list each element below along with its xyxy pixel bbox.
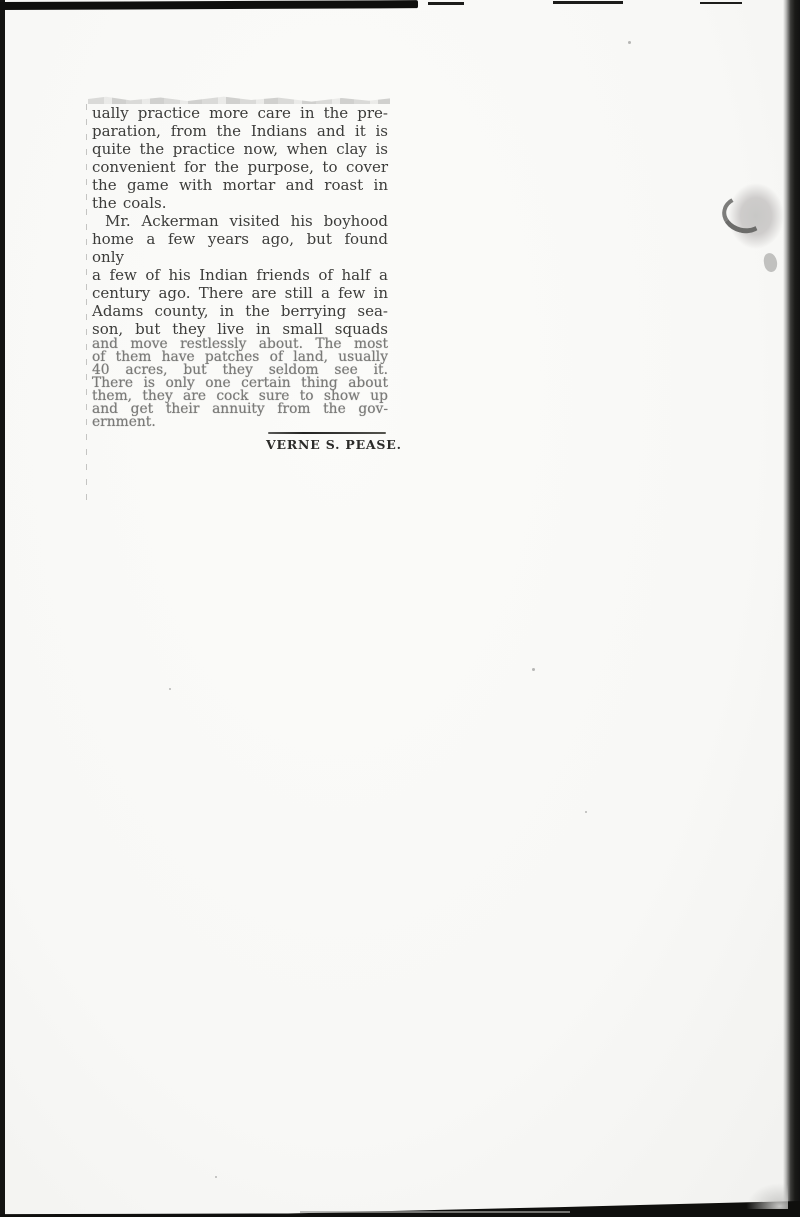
scan-edge-top-dash [553,1,623,4]
speck [532,668,535,671]
article-line: convenient for the purpose, to cover [92,158,388,176]
article-line: home a few years ago, but found only [92,230,388,266]
ink-smudge-small [763,252,779,273]
article-paragraph-2: Mr. Ackerman visited his boyhood home a … [92,212,388,338]
speck [215,1176,217,1178]
signature-block: VERNE S. PEASE. [266,432,390,452]
speck [169,688,171,690]
scan-edge-left [0,0,5,1217]
signature-rule [268,432,386,434]
article-line: the game with mortar and roast in [92,176,388,194]
article-line: ernment. [92,416,388,429]
newspaper-clipping: ually practice more care in the pre- par… [90,96,390,452]
article-line: Adams county, in the berrying sea- [92,302,388,320]
byline: VERNE S. PEASE. [266,437,390,452]
page-corner-shade [746,1183,788,1209]
article-line: a few of his Indian friends of half a [92,266,388,284]
article-line: paration, from the Indians and it is [92,122,388,140]
scan-edge-top [0,0,418,10]
scan-edge-top-dash [428,2,464,5]
scanned-page: ually practice more care in the pre- par… [0,0,800,1217]
scan-edge-bottom-shadow [300,1211,570,1213]
clipping-cut-edge [86,104,87,508]
article-line: century ago. There are still a few in [92,284,388,302]
article-paragraph-2-faded: and move restlessly about. The most of t… [92,338,388,429]
article-line: Mr. Ackerman visited his boyhood [92,212,388,230]
scan-edge-top-dash [700,2,742,4]
speck [628,41,631,44]
speck [585,811,587,813]
scan-edge-bottom [0,1201,800,1217]
article-line: quite the practice now, when clay is [92,140,388,158]
scan-edge-right [783,0,800,1217]
article-line: ually practice more care in the pre- [92,104,388,122]
article-paragraph-1: ually practice more care in the pre- par… [92,96,388,212]
article-line: the coals. [92,194,388,212]
